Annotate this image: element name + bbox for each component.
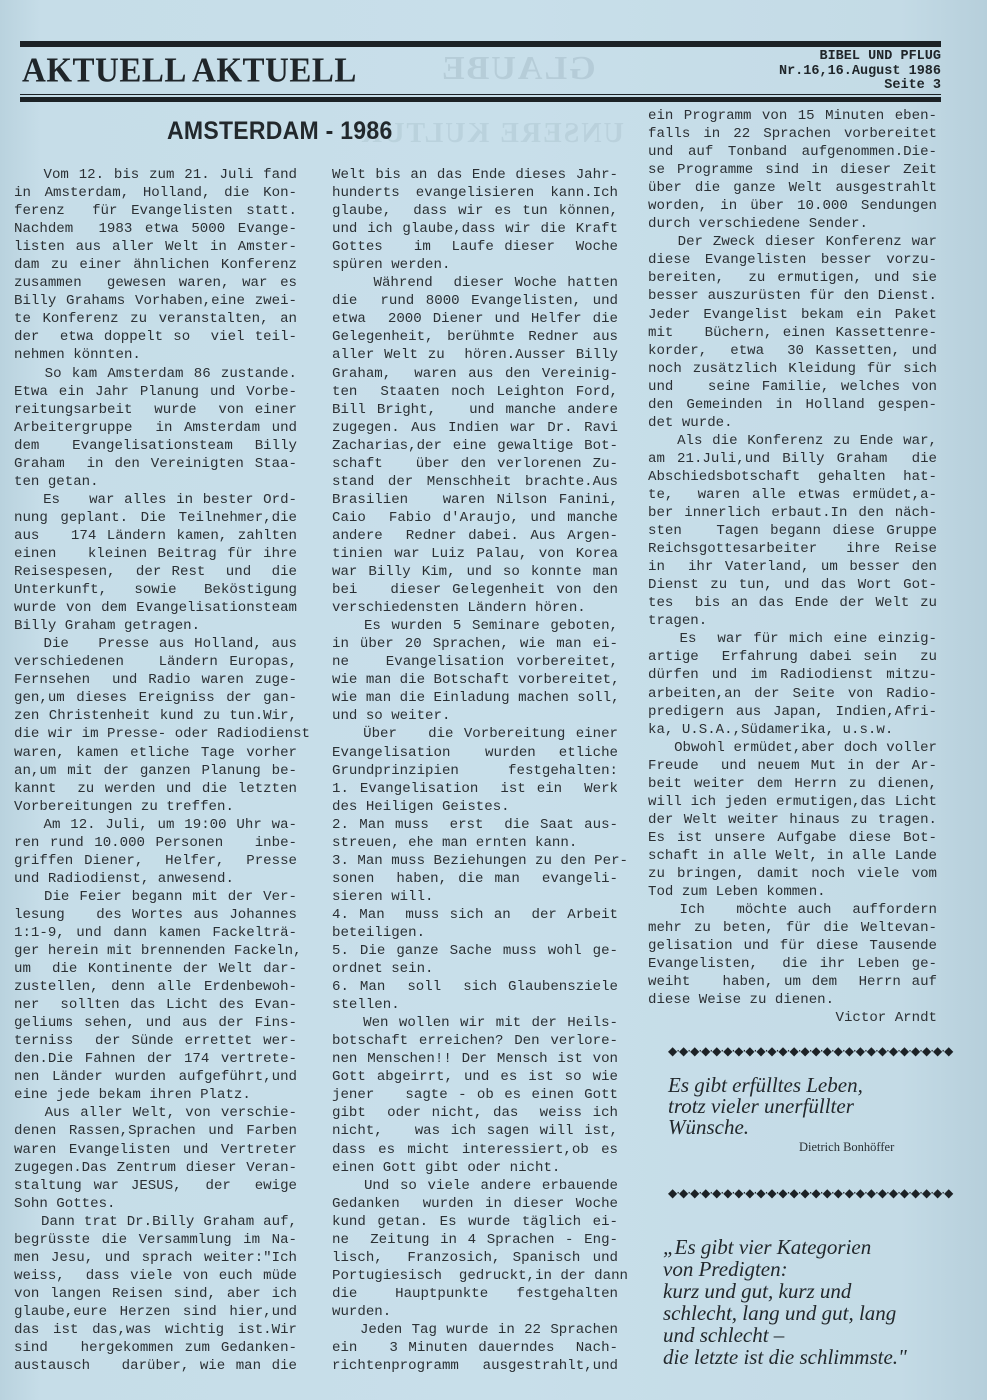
- text-line: denen Rassen,Sprachen und Farben: [14, 1122, 297, 1140]
- text-line: Grundprinzipien festgehalten:: [332, 762, 618, 780]
- text-line: Die Presse aus Holland, aus: [14, 635, 297, 653]
- newspaper-page: GLAUBE UNSERE KULTUR AKTUELL AKTUELL BIB…: [0, 0, 987, 1400]
- text-line: der Welt weiter hinaus zu tragen.: [648, 811, 937, 829]
- text-line: ger herein mit brennenden Fackeln,: [14, 942, 297, 960]
- text-line: Portugiesisch gedruckt,in der dann: [332, 1267, 618, 1285]
- text-line: wie man die Einladung machen soll,: [332, 689, 618, 707]
- quote-author: Dietrich Bonhöffer: [799, 1140, 894, 1155]
- text-line: nen Länder wurden aufgeführt,und: [14, 1068, 297, 1086]
- text-line: stand der Menschheit brachte.Aus: [332, 473, 618, 491]
- text-line: eine jede bekam ihren Platz.: [14, 1086, 297, 1104]
- text-line: Dienst zu tun, und das Wort Got-: [648, 576, 937, 594]
- text-line: aller Welt zu hören.Ausser Billy: [332, 346, 618, 364]
- text-line: ber innerlich erbaut.In den näch-: [648, 504, 937, 522]
- text-line: ten getan.: [14, 473, 297, 491]
- text-line: te Konferenz zu veranstalten, an: [14, 310, 297, 328]
- text-line: wurde von dem Evangelisationsteam: [14, 599, 297, 617]
- quote-line: „Es gibt vier Kategorien: [663, 1236, 953, 1258]
- quote-line: die letzte ist die schlimmste.": [663, 1346, 953, 1368]
- text-line: begrüsste die Versammlung im Na-: [14, 1231, 297, 1249]
- text-line: Aus aller Welt, von verschie-: [14, 1104, 297, 1122]
- text-line: und auf Tonband aufgenommen.Die-: [648, 143, 937, 161]
- text-line: Reichsgottesarbeiter ihre Reise: [648, 540, 937, 558]
- text-line: beit weiter dem Herrn zu dienen,: [648, 775, 937, 793]
- text-line: Es wurden 5 Seminare geboten,: [332, 617, 618, 635]
- text-line: jener sagte - ob es einen Gott: [332, 1086, 618, 1104]
- text-line: tes bis an das Ende der Welt zu: [648, 594, 937, 612]
- text-line: Es war alles in bester Ord-: [14, 491, 297, 509]
- text-line: diese Weise zu dienen.: [648, 991, 937, 1009]
- text-line: über die ganze Welt ausgestrahlt: [648, 179, 937, 197]
- text-line: Evangelisten, die ihr Leben ge-: [648, 955, 937, 973]
- text-line: um die Kontinente der Welt dar-: [14, 960, 297, 978]
- text-line: Caio Fabio d'Araujo, und manche: [332, 509, 618, 527]
- text-line: Über die Vorbereitung einer: [332, 725, 618, 743]
- text-line: und seine Familie, welches von: [648, 378, 937, 396]
- text-line: des Heiligen Geistes.: [332, 798, 618, 816]
- text-line: am 21.Juli,und Billy Graham die: [648, 450, 937, 468]
- text-line: Brasilien waren Nilson Fanini,: [332, 491, 618, 509]
- text-line: spüren werden.: [332, 256, 618, 274]
- text-line: ein Programm von 15 Minuten eben-: [648, 107, 937, 125]
- ornamental-divider: ◆·◆·◆·◆·◆·◆·◆·◆·◆·◆·◆·◆·◆·◆·◆·◆·◆·◆·◆·◆·…: [668, 1044, 952, 1058]
- text-line: der etwa doppelt so viel teil-: [14, 328, 297, 346]
- text-line: Während dieser Woche hatten: [332, 274, 618, 292]
- text-line: staltung war JESUS, der ewige: [14, 1177, 297, 1195]
- text-line: Gott abgeirrt, und es ist so wie: [332, 1068, 618, 1086]
- text-line: nehmen könnten.: [14, 346, 297, 364]
- quote-line: Wünsche.: [668, 1117, 938, 1138]
- text-line: Als die Konferenz zu Ende war,: [648, 432, 937, 450]
- text-line: reitungsarbeit wurde von einer: [14, 401, 297, 419]
- article-column-2: Welt bis an das Ende dieses Jahr-hundert…: [332, 166, 618, 1375]
- text-line: Freude und neuem Mut in der Ar-: [648, 757, 937, 775]
- text-line: wie man die Botschaft vorbereitet,: [332, 671, 618, 689]
- text-line: und ich glaube,dass wir die Kraft: [332, 220, 618, 238]
- text-line: Bill Bright, und manche andere: [332, 401, 618, 419]
- text-line: Dann trat Dr.Billy Graham auf,: [14, 1213, 297, 1231]
- text-line: Welt bis an das Ende dieses Jahr-: [332, 166, 618, 184]
- text-line: Der Zweck dieser Konferenz war: [648, 233, 937, 251]
- text-line: kund getan. Es wurde täglich ei-: [332, 1213, 618, 1231]
- text-line: ne Evangelisation vorbereitet,: [332, 653, 618, 671]
- text-line: durch verschiedene Sender.: [648, 215, 937, 233]
- text-line: mit Büchern, einen Kassettenre-: [648, 324, 937, 342]
- text-line: botschaft erreichen? Den verlore-: [332, 1032, 618, 1050]
- text-line: andere Redner dabei. Aus Argen-: [332, 527, 618, 545]
- text-line: in ihr Vaterland, um besser den: [648, 558, 937, 576]
- text-line: gen,um dieses Ereigniss der gan-: [14, 689, 297, 707]
- text-line: Jeden Tag wurde in 22 Sprachen: [332, 1321, 618, 1339]
- sermon-quote: „Es gibt vier Kategorien von Predigten: …: [663, 1236, 953, 1368]
- text-line: zen Christenheit kund zu tun.Wir,: [14, 707, 297, 725]
- text-line: Nachdem 1983 etwa 5000 Evange-: [14, 220, 297, 238]
- text-line: austausch darüber, wie man die: [14, 1357, 297, 1375]
- text-line: die wir im Presse- oder Radiodienst: [14, 725, 297, 743]
- text-line: streuen, ehe man ernten kann.: [332, 834, 618, 852]
- text-line: worden, in über 10.000 Sendungen: [648, 197, 937, 215]
- text-line: falls in 22 Sprachen vorbereitet: [648, 125, 937, 143]
- article-column-1: Vom 12. bis zum 21. Juli fandin Amsterda…: [14, 166, 297, 1375]
- text-line: verschiedenen Ländern Europas,: [14, 653, 297, 671]
- text-line: Und so viele andere erbauende: [332, 1177, 618, 1195]
- text-line: 1:1-9, und dann kamen Fackelträ-: [14, 924, 297, 942]
- text-line: ein 3 Minuten dauerndes Nach-: [332, 1339, 618, 1357]
- bonhoeffer-quote: Es gibt erfülltes Leben, trotz vieler un…: [668, 1075, 938, 1138]
- text-line: den.Die Fahnen der 174 vertrete-: [14, 1050, 297, 1068]
- text-line: Gelegenheit, berühmte Redner aus: [332, 328, 618, 346]
- bleed-through-text-2: UNSERE KULTUR: [360, 118, 624, 150]
- text-line: lesung des Wortes aus Johannes: [14, 906, 297, 924]
- text-line: nicht, was ich sagen will ist,: [332, 1122, 618, 1140]
- text-line: sten Tagen begann diese Gruppe: [648, 522, 937, 540]
- text-line: Vom 12. bis zum 21. Juli fand: [14, 166, 297, 184]
- text-line: Die Feier begann mit der Ver-: [14, 888, 297, 906]
- text-line: tinien war Luiz Palau, von Korea: [332, 545, 618, 563]
- text-line: artige Erfahrung dabei sein zu: [648, 648, 937, 666]
- quote-line: und schlecht –: [663, 1324, 953, 1346]
- text-line: das ist das,was wichtig ist.Wir: [14, 1321, 297, 1339]
- text-line: an,um mit der ganzen Planung be-: [14, 762, 297, 780]
- text-line: te, waren alle etwas ermüdet,a-: [648, 486, 937, 504]
- text-line: Arbeitergruppe in Amsterdam und: [14, 419, 297, 437]
- text-line: bei dieser Gelegenheit von den: [332, 581, 618, 599]
- text-line: zugegen. Aus Indien war Dr. Ravi: [332, 419, 618, 437]
- text-line: Reisespesen, der Rest und die: [14, 563, 297, 581]
- text-line: ordnet sein.: [332, 960, 618, 978]
- text-line: Evangelisation wurden etliche: [332, 744, 618, 762]
- text-line: Billy Graham getragen.: [14, 617, 297, 635]
- text-line: bereiten, zu ermutigen, und sie: [648, 269, 937, 287]
- publication-info: BIBEL UND PFLUG Nr.16,16.August 1986 Sei…: [779, 50, 941, 94]
- text-line: den Gemeinden in Holland gespen-: [648, 396, 937, 414]
- text-line: sind hergekommen zum Gedanken-: [14, 1339, 297, 1357]
- masthead: AKTUELL AKTUELL: [22, 52, 357, 91]
- text-line: hunderts evangelisieren kann.Ich: [332, 184, 618, 202]
- text-line: einen Gott gibt oder nicht.: [332, 1159, 618, 1177]
- author-signature: Victor Arndt: [648, 1009, 937, 1027]
- text-line: Jeder Evangelist bekam ein Paket: [648, 306, 937, 324]
- text-line: dam zu einer ähnlichen Konferenz: [14, 256, 297, 274]
- text-line: Billy Grahams Vorhaben,eine zwei-: [14, 292, 297, 310]
- text-line: noch zusätzlich Kleidung für sich: [648, 360, 937, 378]
- text-line: ne Zeitung in 4 Sprachen - Eng-: [332, 1231, 618, 1249]
- text-line: Sohn Gottes.: [14, 1195, 297, 1213]
- header-rule-thin: [20, 94, 941, 95]
- text-line: gelisation und für diese Tausende: [648, 937, 937, 955]
- text-line: zusammen gewesen waren, war es: [14, 274, 297, 292]
- ornamental-divider: ◆·◆·◆·◆·◆·◆·◆·◆·◆·◆·◆·◆·◆·◆·◆·◆·◆·◆·◆·◆·…: [668, 1186, 952, 1200]
- text-line: weiht haben, um dem Herrn auf: [648, 973, 937, 991]
- text-line: Graham in den Vereinigten Staa-: [14, 455, 297, 473]
- text-line: in über 20 Sprachen, wie man ei-: [332, 635, 618, 653]
- article-title: AMSTERDAM - 1986: [167, 117, 393, 146]
- text-line: ferenz für Evangelisten statt.: [14, 202, 297, 220]
- text-line: stellen.: [332, 996, 618, 1014]
- text-line: men Jesu, und sprach weiter:"Ich: [14, 1249, 297, 1267]
- text-line: So kam Amsterdam 86 zustande.: [14, 365, 297, 383]
- text-line: Zacharias,der eine gewaltige Bot-: [332, 437, 618, 455]
- text-line: sieren will.: [332, 888, 618, 906]
- text-line: Am 12. Juli, um 19:00 Uhr wa-: [14, 816, 297, 834]
- publication-name: BIBEL UND PFLUG: [779, 50, 941, 65]
- text-line: Unterkunft, sowie Beköstigung: [14, 581, 297, 599]
- quote-line: schlecht, lang und gut, lang: [663, 1302, 953, 1324]
- text-line: korder, etwa 30 Kassetten, und: [648, 342, 937, 360]
- text-line: ren rund 10.000 Personen inbe-: [14, 834, 297, 852]
- text-line: wurden.: [332, 1303, 618, 1321]
- text-line: waren, kamen etliche Tage vorher: [14, 744, 297, 762]
- text-line: dem Evangelisationsteam Billy: [14, 437, 297, 455]
- text-line: ner sollten das Licht des Evan-: [14, 996, 297, 1014]
- text-line: Obwohl ermüdet,aber doch voller: [648, 739, 937, 757]
- text-line: zugegen.Das Zentrum dieser Veran-: [14, 1159, 297, 1177]
- text-line: det wurde.: [648, 414, 937, 432]
- text-line: Ich möchte auch auffordern: [648, 901, 937, 919]
- text-line: Abschiedsbotschaft gehalten hat-: [648, 468, 937, 486]
- text-line: 4. Man muss sich an der Arbeit: [332, 906, 618, 924]
- text-line: Vorbereitungen zu treffen.: [14, 798, 297, 816]
- text-line: 1. Evangelisation ist ein Werk: [332, 780, 618, 798]
- text-line: Gedanken wurden in dieser Woche: [332, 1195, 618, 1213]
- page-number: Seite 3: [779, 79, 941, 94]
- text-line: ten Staaten noch Leighton Ford,: [332, 383, 618, 401]
- text-line: besser auszurüsten für den Dienst.: [648, 287, 937, 305]
- text-line: waren Evangelisten und Vertreter: [14, 1141, 297, 1159]
- text-line: zu bringen, damit noch viele vom: [648, 865, 937, 883]
- text-line: Es ist unsere Aufgabe diese Bot-: [648, 829, 937, 847]
- text-line: 3. Man muss Beziehungen zu den Per-: [332, 852, 618, 870]
- text-line: listen aus aller Welt in Amster-: [14, 238, 297, 256]
- text-line: schaft in alle Welt, in alle Lande: [648, 847, 937, 865]
- text-line: tragen.: [648, 612, 937, 630]
- text-line: zustellen, denn alle Erdenbewoh-: [14, 978, 297, 996]
- text-line: weiss, dass viele von euch müde: [14, 1267, 297, 1285]
- text-line: lisch, Franzosich, Spanisch und: [332, 1249, 618, 1267]
- quote-line: von Predigten:: [663, 1258, 953, 1280]
- text-line: glaube, dass wir es tun können,: [332, 202, 618, 220]
- text-line: Fernsehen und Radio waren zuge-: [14, 671, 297, 689]
- issue-date: Nr.16,16.August 1986: [779, 65, 941, 80]
- text-line: einen kleinen Beitrag für ihre: [14, 545, 297, 563]
- text-line: Wen wollen wir mit der Heils-: [332, 1014, 618, 1032]
- header-rule-bottom: [20, 97, 941, 102]
- header-rule-top: [20, 41, 941, 47]
- text-line: gibt oder nicht, das weiss ich: [332, 1104, 618, 1122]
- text-line: Es war für mich eine einzig-: [648, 630, 937, 648]
- text-line: etwa 2000 Diener und Helfer die: [332, 310, 618, 328]
- text-line: will ich jeden ermutigen,das Licht: [648, 793, 937, 811]
- text-line: griffen Diener, Helfer, Presse: [14, 852, 297, 870]
- quote-line: Es gibt erfülltes Leben,: [668, 1075, 938, 1096]
- text-line: von langen Reisen sind, aber ich: [14, 1285, 297, 1303]
- text-line: 6. Man soll sich Glaubensziele: [332, 978, 618, 996]
- text-line: nung geplant. Die Teilnehmer,die: [14, 509, 297, 527]
- text-line: Tod zum Leben kommen.: [648, 883, 937, 901]
- text-line: aus 174 Ländern kamen, zahlten: [14, 527, 297, 545]
- text-line: geliums sehen, und aus der Fins-: [14, 1014, 297, 1032]
- text-line: ka, U.S.A.,Südamerika, u.s.w.: [648, 721, 937, 739]
- text-line: in Amsterdam, Holland, die Kon-: [14, 184, 297, 202]
- text-line: richtenprogramm ausgestrahlt,und: [332, 1357, 618, 1375]
- text-line: Graham, waren aus den Vereinig-: [332, 365, 618, 383]
- quote-line: kurz und gut, kurz und: [663, 1280, 953, 1302]
- text-line: glaube,eure Herzen sind hier,und: [14, 1303, 297, 1321]
- text-line: und Radiodienst, anwesend.: [14, 870, 297, 888]
- article-column-3: ein Programm von 15 Minuten eben-falls i…: [648, 107, 937, 1027]
- text-line: kannt zu werden und die letzten: [14, 780, 297, 798]
- text-line: und so weiter.: [332, 707, 618, 725]
- text-line: 2. Man muss erst die Saat aus-: [332, 816, 618, 834]
- text-line: war Billy Kim, und so konnte man: [332, 563, 618, 581]
- text-line: se Programme sind in dieser Zeit: [648, 161, 937, 179]
- text-line: Gottes im Laufe dieser Woche: [332, 238, 618, 256]
- text-line: terniss der Sünde errettet wer-: [14, 1032, 297, 1050]
- text-line: dass es micht interessiert,ob es: [332, 1141, 618, 1159]
- text-line: arbeiten,an der Seite von Radio-: [648, 685, 937, 703]
- text-line: beteiligen.: [332, 924, 618, 942]
- text-line: Etwa ein Jahr Planung und Vorbe-: [14, 383, 297, 401]
- text-line: sonen haben, die man evangeli-: [332, 870, 618, 888]
- quote-line: trotz vieler unerfüllter: [668, 1096, 938, 1117]
- text-line: verschiedensten Ländern hören.: [332, 599, 618, 617]
- text-line: diese Evangelisten besser vorzu-: [648, 251, 937, 269]
- text-line: die rund 8000 Evangelisten, und: [332, 292, 618, 310]
- text-line: dürfen und im Radiodienst mitzu-: [648, 666, 937, 684]
- bleed-through-text: GLAUBE: [440, 50, 596, 88]
- text-line: 5. Die ganze Sache muss wohl ge-: [332, 942, 618, 960]
- text-line: nen Menschen!! Der Mensch ist von: [332, 1050, 618, 1068]
- text-line: schaft über den verlorenen Zu-: [332, 455, 618, 473]
- text-line: mehr zu beten, für die Weltevan-: [648, 919, 937, 937]
- text-line: die Hauptpunkte festgehalten: [332, 1285, 618, 1303]
- text-line: predigern aus Japan, Indien,Afri-: [648, 703, 937, 721]
